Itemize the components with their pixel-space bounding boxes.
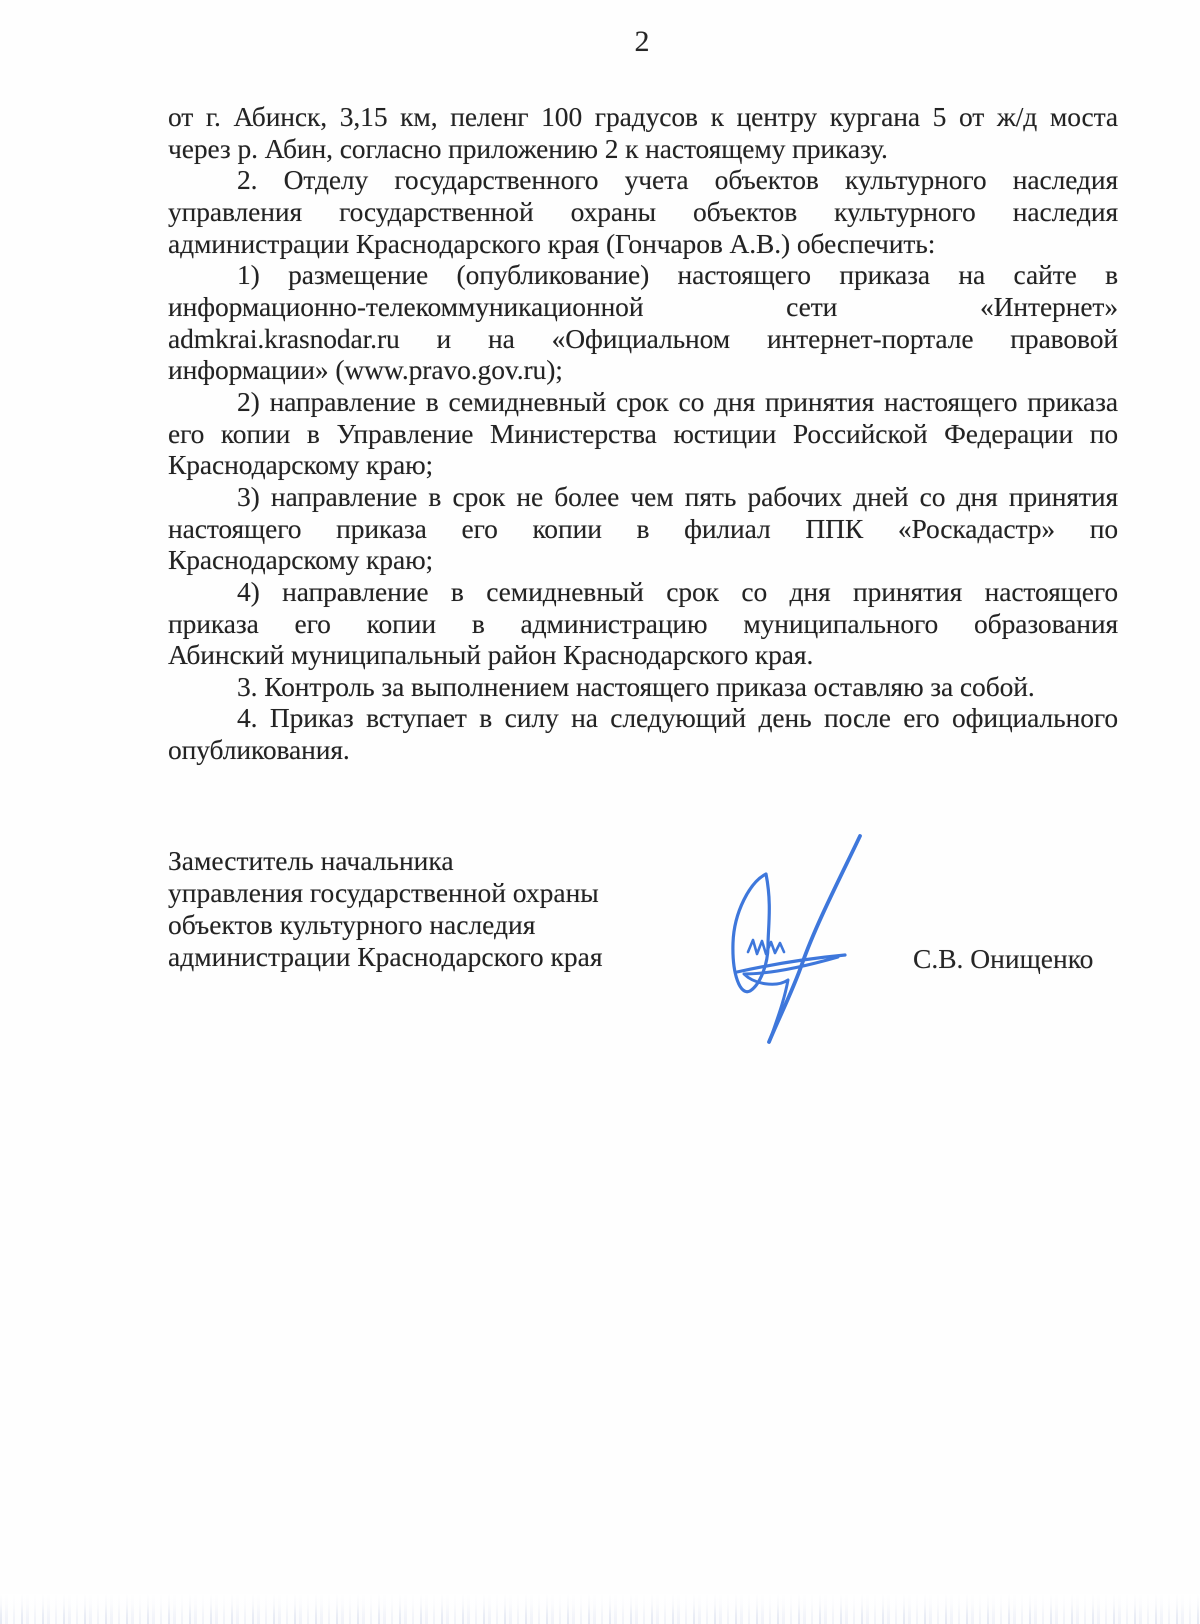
paragraph: 2) направление в семидневный срок со дня… [168,386,1118,481]
text-line: 2) направление в семидневный срок со дня… [168,386,1118,418]
paragraph: от г. Абинск, 3,15 км, пеленг 100 градус… [168,101,1118,164]
paragraph: 4. Приказ вступает в силу на следующий д… [168,702,1118,765]
text-line: 4) направление в семидневный срок со дня… [168,576,1118,608]
scan-fade [0,1594,1200,1624]
text-line: Краснодарскому краю; [168,544,1118,576]
text-line: настоящего приказа его копии в филиал ПП… [168,513,1118,545]
page-number: 2 [0,25,1200,59]
text-line: опубликования. [168,734,1118,766]
signature-title-line: Заместитель начальника [168,845,728,877]
text-line: администрации Краснодарского края (Гонча… [168,228,1118,260]
signature-title-line: администрации Краснодарского края [168,941,728,973]
text-line: 2. Отделу государственного учета объекто… [168,164,1118,196]
paragraph: 1) размещение (опубликование) настоящего… [168,259,1118,386]
text-line: приказа его копии в администрацию муници… [168,608,1118,640]
text-line: от г. Абинск, 3,15 км, пеленг 100 градус… [168,101,1118,133]
signature-strokes [733,836,860,1042]
body-text: от г. Абинск, 3,15 км, пеленг 100 градус… [168,101,1118,766]
text-line: 4. Приказ вступает в силу на следующий д… [168,702,1118,734]
signature-title-line: объектов культурного наследия [168,909,728,941]
paragraph: 2. Отделу государственного учета объекто… [168,164,1118,259]
paragraph: 3) направление в срок не более чем пять … [168,481,1118,576]
text-line: Абинский муниципальный район Краснодарск… [168,639,1118,671]
paragraph: 4) направление в семидневный срок со дня… [168,576,1118,671]
text-line: его копии в Управление Министерства юсти… [168,418,1118,450]
text-line: 3) направление в срок не более чем пять … [168,481,1118,513]
signature-ink [688,812,888,1057]
text-line: через р. Абин, согласно приложению 2 к н… [168,133,1118,165]
text-line: управления государственной охраны объект… [168,196,1118,228]
signature-title: Заместитель начальникауправления государ… [168,845,728,973]
signature-title-line: управления государственной охраны [168,877,728,909]
text-line: admkrai.krasnodar.ru и на «Официальном и… [168,323,1118,355]
text-line: информационно-телекоммуникационной сети … [168,291,1118,323]
scan-artifact-bottom [0,1594,1200,1624]
text-line: Краснодарскому краю; [168,449,1118,481]
document-page: 2 от г. Абинск, 3,15 км, пеленг 100 град… [0,0,1200,1624]
scan-stripes [0,1594,1200,1624]
signatory-name: С.В. Онищенко [913,943,1093,975]
paragraph: 3. Контроль за выполнением настоящего пр… [168,671,1118,703]
text-line: информации» (www.pravo.gov.ru); [168,354,1118,386]
text-line: 1) размещение (опубликование) настоящего… [168,259,1118,291]
text-line: 3. Контроль за выполнением настоящего пр… [168,671,1118,703]
